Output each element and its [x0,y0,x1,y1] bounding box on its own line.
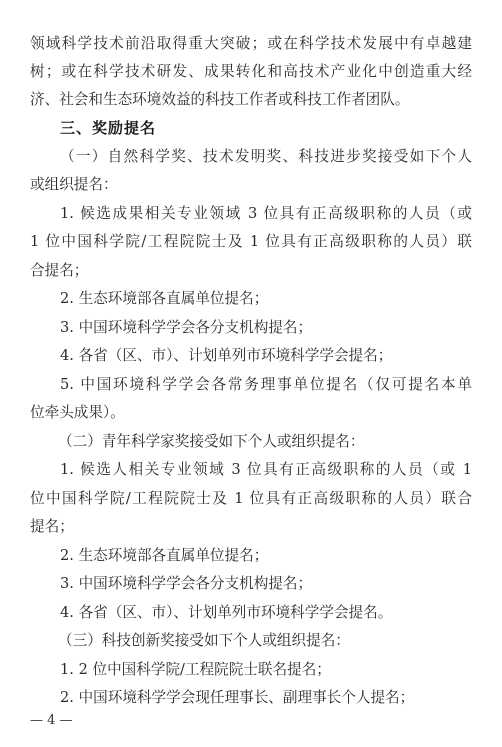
text-line: 1. 2 位中国科学院/工程院院士联名提名； [60,659,472,681]
text-line: （三）科技创新奖接受如下个人或组织提名： [58,630,472,652]
text-line: 3. 中国环境科学学会各分支机构提名； [60,317,472,339]
text-line: 3. 中国环境科学学会各分支机构提名； [60,573,472,595]
text-line: 2. 生态环境部各直属单位提名； [60,545,472,567]
section-heading: 三、奖励提名 [60,117,502,139]
text-line: 1 位中国科学院/工程院院士及 1 位具有正高级职称的人员）联 [30,231,472,253]
text-line: （一）自然科学奖、技术发明奖、科技进步奖接受如下个人 [60,146,472,168]
text-line: 位中国科学院/工程院院士及 1 位具有正高级职称的人员）联合 [30,488,472,510]
text-line: （二）青年科学家奖接受如下个人或组织提名： [58,431,472,453]
text-line: 1. 候选人相关专业领域 3 位具有正高级职称的人员（或 1 [60,459,472,481]
document-page: 领域科学技术前沿取得重大突破；或在科学技术发展中有卓越建 树；或在科学技术研发、… [0,0,502,747]
text-line: 4. 各省（区、市）、计划单列市环境科学学会提名； [60,345,472,367]
page-number: — 4 — [30,713,73,728]
text-line: 或组织提名： [30,174,472,196]
text-line: 位牵头成果）。 [30,402,472,424]
text-line: 树；或在科学技术研发、成果转化和高技术产业化中创造重大经 [30,61,472,83]
text-line: 4. 各省（区、市）、计划单列市环境科学学会提名。 [60,602,472,624]
text-line: 领域科学技术前沿取得重大突破；或在科学技术发展中有卓越建 [30,33,472,55]
text-line: 合提名； [30,260,472,282]
text-line: 5. 中国环境科学学会各常务理事单位提名（仅可提名本单 [60,374,472,396]
text-line: 济、社会和生态环境效益的科技工作者或科技工作者团队。 [30,89,472,111]
text-line: 提名； [30,516,472,538]
text-line: 1. 候选成果相关专业领域 3 位具有正高级职称的人员（或 [60,203,472,225]
text-line: 2. 中国环境科学学会现任理事长、副理事长个人提名； [60,687,472,709]
text-line: 2. 生态环境部各直属单位提名； [60,288,472,310]
